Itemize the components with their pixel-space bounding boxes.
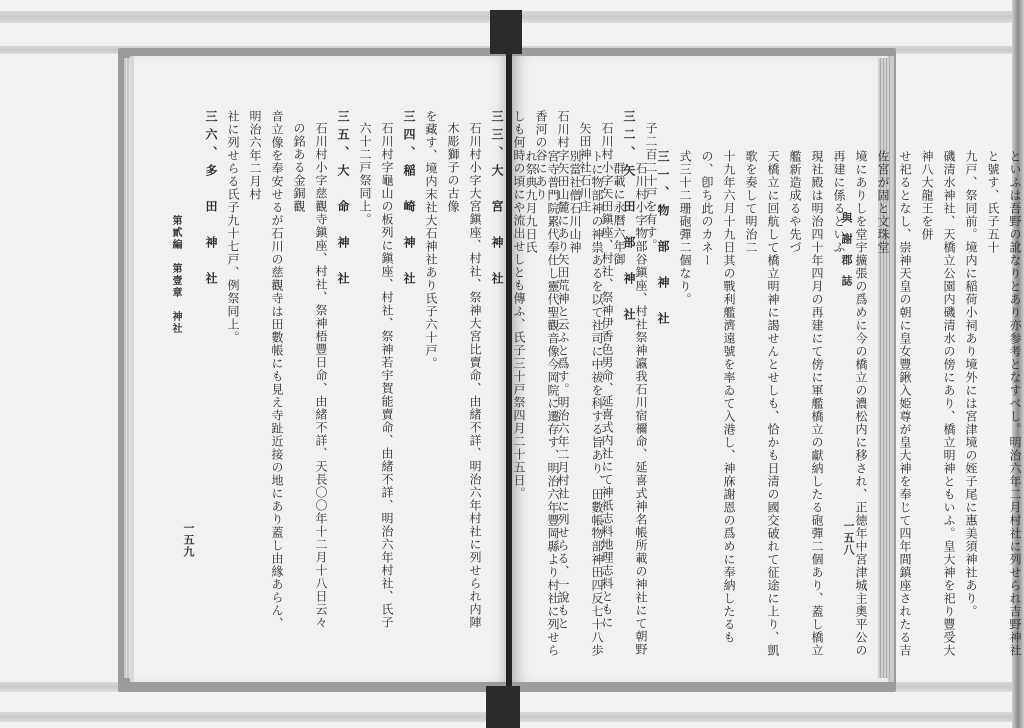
text-line: 現社殿は明治四十年四月の再建にて傍に軍艦橋立の獻納したる砲彈二個あり、蓋し橋立艦… [784,150,828,660]
section-heading: 三六、多 田 神 社 [200,110,222,630]
text-line: 九戸、祭同前。境内に稲荷小祠あり境外には宮津境の姪子尾に惠美須神社あり。 [960,150,982,660]
text-line: 石川村小字矢田鎭座、村社、祭神伊香色男命、延喜式内社にて神祇志料地理志料ともに矢… [574,110,618,630]
text-line: 石川村字矢田山麓にあり矢田荒神と云ふと爲す。明治六年二月村社に列せらる、一說もと… [530,110,574,630]
text-line: といふは吾野の訛なりとあり亦参考となすべし。明治六年二月村社に列せられ吉野神社と… [982,150,1024,660]
text-line: 子二百二十戸を有す。 [640,110,662,630]
text-line: 石川村小字大宮鎭座、村社、祭神大宮比賣命、由緒不詳、明治六年村社に列せられ内陣木… [442,110,486,630]
text-line: 社に列せらる氏子九十七戸、例祭同上。 [222,110,244,630]
text-line: 磯清水神社、天橋立公園内磯清水の傍にあり、橋立明神ともいふ。皇大神を祀り豐受大神… [916,150,960,660]
text-line: 十九年六月十九日其の戰利艦濟遠號を率ゐて入港し、神庥謝恩の爲めに奉納したるもの、… [696,150,740,660]
text-line: 天橋立に回航して橋立明神に謁せんとせしも、恰かも日清の國交破れて征途に上り、凱歌… [740,150,784,660]
text-line: 石川村字龜山の板列に鎭座、村社、祭神若宇賀能賣命、由緒不詳、明治六年村社、氏子六… [354,110,398,630]
text-line: を藏す、境内末社大石神社あり氏子六十戸。 [420,110,442,630]
binding-clip-bottom [486,686,520,728]
left-page-text: 子二百二十戸を有す。 三二、矢 田 部 神 社 石川村小字矢田鎭座、村社、祭神伊… [200,110,662,630]
text-line: 石川村小字慈觀寺鎭座、村社、祭神梧豐日命、由緒不詳、天長〇〇年十二月十八日云々の… [288,110,332,630]
section-heading: 三五、大 命 神 社 [332,110,354,630]
binding-clip-top [490,10,522,54]
text-line: 境にありしを堂宇擴張の爲めに今の橋立の濃松内に移され、正徳年中宮津城主奧平公の再… [828,150,872,660]
text-line: 音立像を奉安せるが石川の慈觀寺は田數帳にも見え寺趾近接の地にあり蓋し由緣あらん、… [244,110,288,630]
section-heading: 三三、大 宮 神 社 [486,110,508,630]
chapter-footer: 第貳編 第壹章 神社 [168,215,183,335]
text-line: せ祀るとなし、崇神天皇の朝に皇女豐鍬入姫尊が皇大神を奉じて四年間鎮座されたる吉佐… [872,150,916,660]
text-line: 式三十二珊砲彈二個なり。 [674,150,696,660]
text-line: しも何時の頃にや流出せしとも傳ふ、氏子三十戸祭四月二十五日。 [508,110,530,630]
page-number-left: 一五九 [180,522,196,558]
section-heading: 三四、稲 崎 神 社 [398,110,420,630]
section-heading: 三二、矢 田 部 神 社 [618,110,640,630]
